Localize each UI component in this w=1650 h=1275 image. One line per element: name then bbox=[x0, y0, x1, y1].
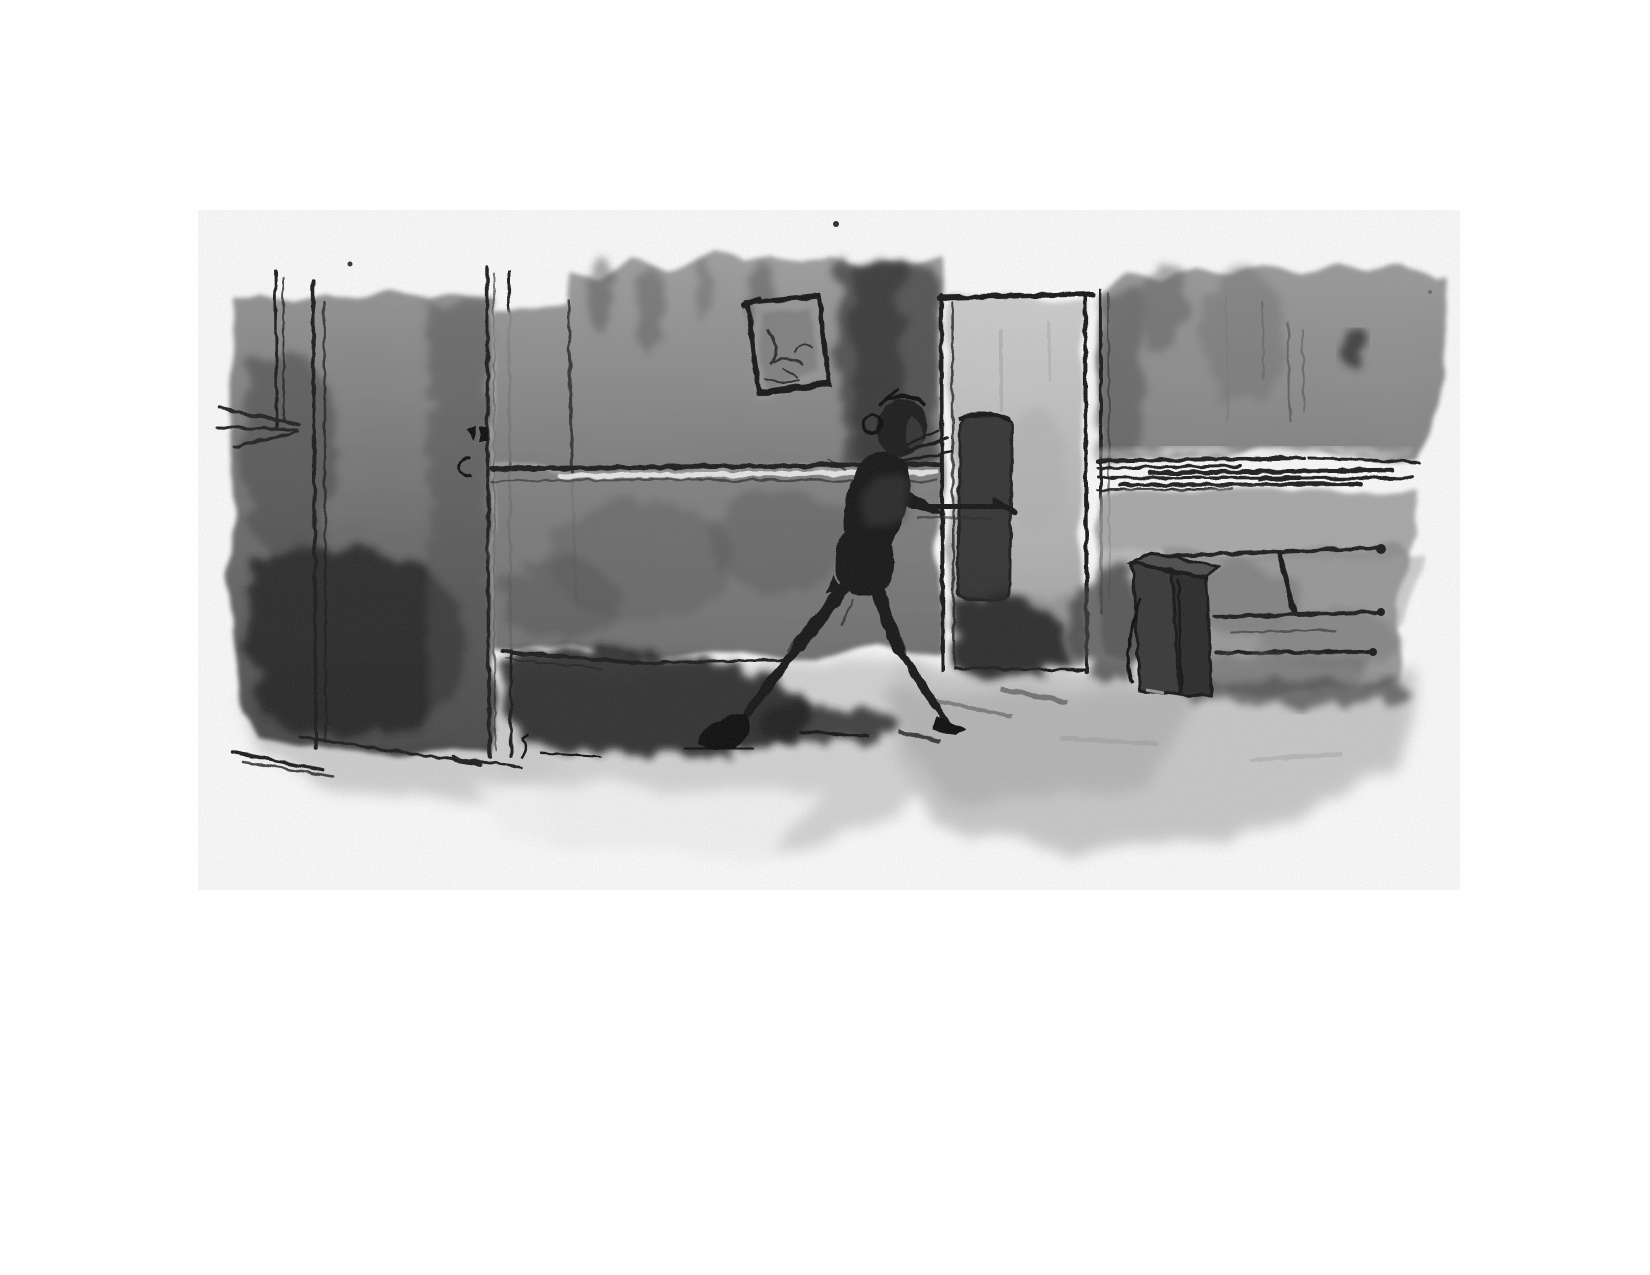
ink-wash-drawing: Monochrome ink and wash sketch bbox=[0, 0, 1650, 1275]
paper-grain bbox=[198, 210, 1460, 890]
sketch-canvas: Monochrome ink and wash sketch bbox=[0, 0, 1650, 1275]
